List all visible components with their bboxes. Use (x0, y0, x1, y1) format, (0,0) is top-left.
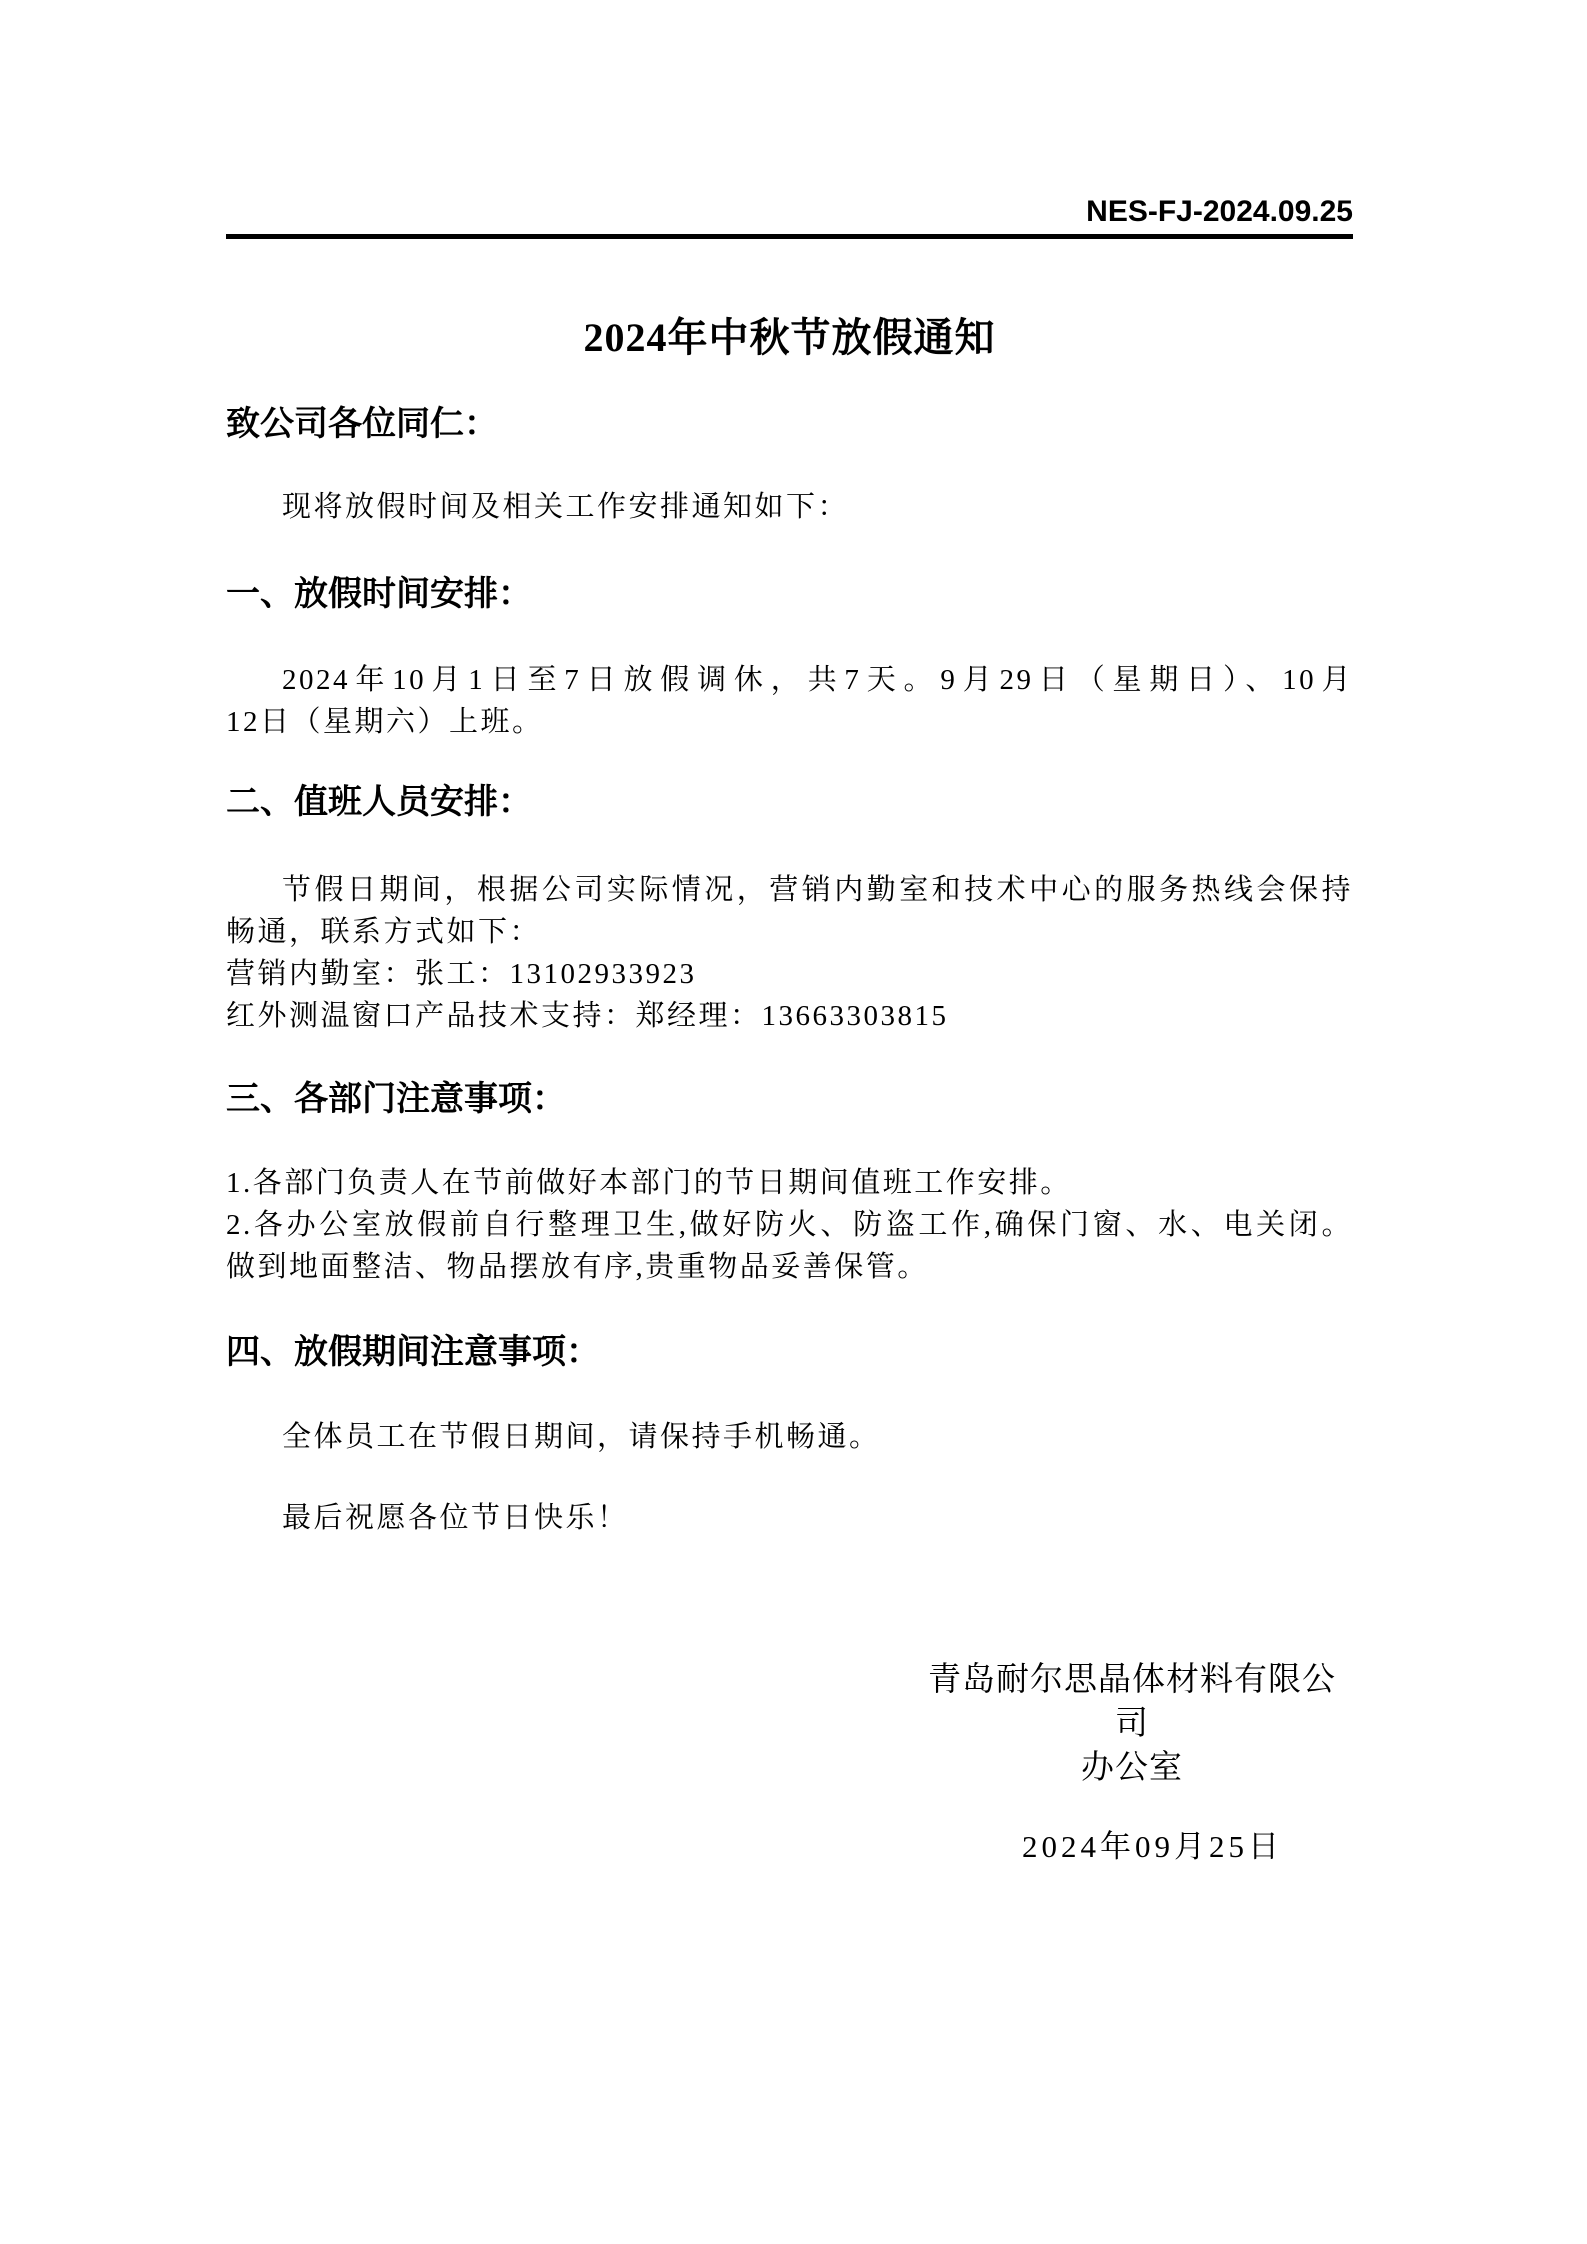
closing-wish-line: 最后祝愿各位节日快乐！ (226, 1497, 1353, 1539)
section-2-line-1: 节假日期间，根据公司实际情况，营销内勤室和技术中心的服务热线会保持 (226, 869, 1353, 911)
header-rule (226, 234, 1353, 239)
document-page: NES-FJ-2024.09.25 2024年中秋节放假通知 致公司各位同仁： … (0, 0, 1587, 2244)
notice-item-2-line-1: 2.各办公室放假前自行整理卫生,做好防火、防盗工作,确保门窗、水、电关闭。 (226, 1204, 1353, 1246)
duty-contact-tech-support: 红外测温窗口产品技术支持：郑经理：13663303815 (226, 995, 1353, 1037)
signature-company: 青岛耐尔思晶体材料有限公司 (927, 1658, 1337, 1746)
duty-contact-sales: 营销内勤室：张工：13102933923 (226, 953, 1353, 995)
doc-number: NES-FJ-2024.09.25 (226, 196, 1353, 228)
section-1-line-2: 12日（星期六）上班。 (226, 701, 1353, 743)
section-2-line-2: 畅通，联系方式如下： (226, 911, 1353, 953)
section-4-paragraph-2: 最后祝愿各位节日快乐！ (226, 1497, 1353, 1539)
greeting-line: 致公司各位同仁： (226, 403, 1353, 447)
section-4-heading: 四、放假期间注意事项： (226, 1331, 1353, 1375)
notice-item-1: 1.各部门负责人在节前做好本部门的节日期间值班工作安排。 (226, 1162, 1353, 1204)
section-1-body: 2024年10月1日至7日放假调休，共7天。9月29日（星期日）、10月 12日… (226, 659, 1353, 743)
section-3-body: 1.各部门负责人在节前做好本部门的节日期间值班工作安排。 2.各办公室放假前自行… (226, 1162, 1353, 1288)
section-1-line-1: 2024年10月1日至7日放假调休，共7天。9月29日（星期日）、10月 (226, 659, 1353, 701)
doc-title: 2024年中秋节放假通知 (226, 314, 1353, 362)
section-3-heading: 三、各部门注意事项： (226, 1078, 1353, 1122)
signature-department: 办公室 (927, 1746, 1337, 1790)
notice-item-2-line-2: 做到地面整洁、物品摆放有序,贵重物品妥善保管。 (226, 1246, 1353, 1288)
section-4-line-1: 全体员工在节假日期间，请保持手机畅通。 (226, 1416, 1353, 1458)
signature-block: 青岛耐尔思晶体材料有限公司 办公室 (927, 1658, 1337, 1790)
signature-date: 2024年09月25日 (226, 1826, 1353, 1868)
section-2-body: 节假日期间，根据公司实际情况，营销内勤室和技术中心的服务热线会保持 畅通，联系方… (226, 869, 1353, 1037)
section-1-heading: 一、放假时间安排： (226, 573, 1353, 617)
section-2-heading: 二、值班人员安排： (226, 781, 1353, 825)
section-4-paragraph-1: 全体员工在节假日期间，请保持手机畅通。 (226, 1416, 1353, 1458)
intro-line: 现将放假时间及相关工作安排通知如下： (226, 486, 1353, 528)
